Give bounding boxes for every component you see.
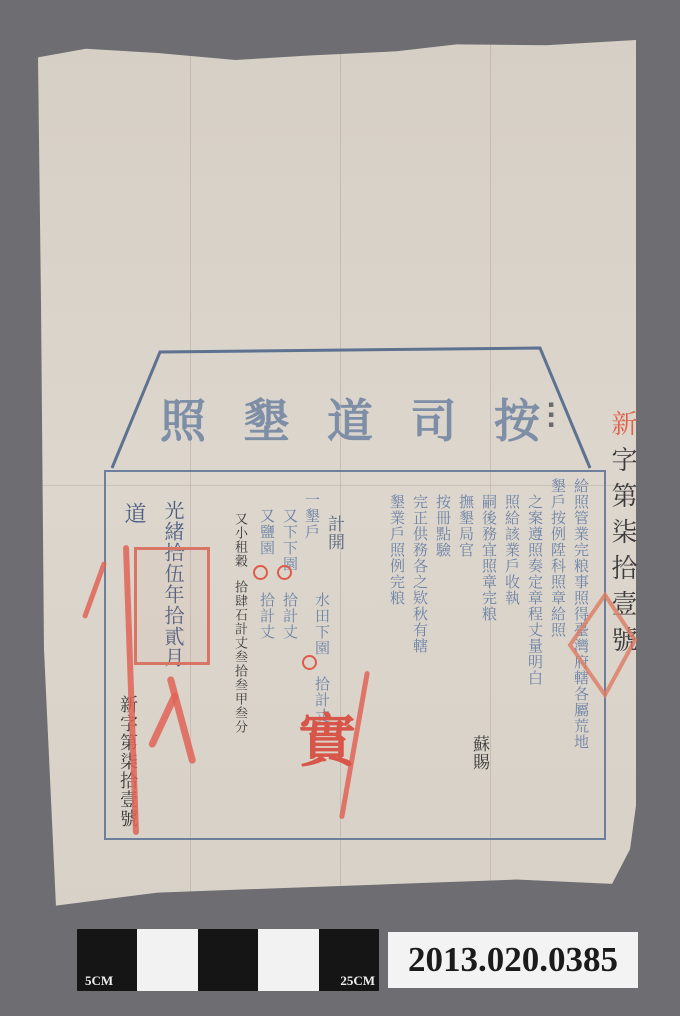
- title-char: 照: [160, 385, 206, 451]
- item-value: 拾肆石計丈叁拾叁甲叁分: [232, 580, 247, 734]
- measurement-scale-bar: 5CM 25CM: [77, 929, 379, 991]
- text-column: 撫墾局官: [457, 494, 474, 824]
- item-label: 又下下園: [281, 508, 298, 572]
- red-diamond-stamp: [560, 590, 640, 700]
- red-circle-mark: [302, 655, 317, 670]
- scale-segment: [258, 929, 318, 991]
- small-annotation: ▪▪▪: [546, 400, 556, 430]
- item-label: 水田下園: [313, 592, 330, 656]
- text-column: 照給該業戶收執: [503, 494, 520, 824]
- side-serial-red-char: 新: [607, 410, 637, 446]
- title-char: 按: [494, 385, 540, 451]
- catalog-number-label: 2013.020.0385: [388, 932, 638, 988]
- item-value: 拾計丈: [258, 592, 275, 640]
- title-char: 道: [327, 385, 373, 451]
- text-column: 完正供務各之欵秋有轄: [411, 494, 428, 824]
- item-label: 又鹽園: [258, 508, 275, 556]
- scale-label-right: 25CM: [340, 973, 375, 989]
- red-circle-mark: [277, 565, 292, 580]
- item-label: 一墾戶: [303, 492, 320, 540]
- red-seal-character: 實: [292, 710, 352, 769]
- text-column: 嗣後務宜照章完粮: [480, 494, 497, 824]
- scale-segment: [198, 929, 258, 991]
- text-column: 按冊點驗: [434, 494, 451, 824]
- scale-segment: [137, 929, 197, 991]
- item-value: 拾計丈: [281, 592, 298, 640]
- red-date-seal-frame: [134, 547, 210, 665]
- red-circle-mark: [253, 565, 268, 580]
- scale-label-left: 5CM: [85, 973, 113, 989]
- items-header: 計開: [325, 515, 342, 551]
- title-char: 司: [411, 385, 457, 451]
- text-column: 墾業戶照例完粮: [388, 494, 405, 824]
- title-char: 墾: [244, 385, 290, 451]
- text-column: 之案遵照奏定章程丈量明白: [526, 494, 543, 824]
- owner-name: 蘇賜: [470, 735, 487, 771]
- item-label: 又小租穀: [232, 512, 247, 568]
- document-title: 按 司 道 墾 照: [160, 385, 540, 451]
- issuer-char: 道: [125, 502, 142, 525]
